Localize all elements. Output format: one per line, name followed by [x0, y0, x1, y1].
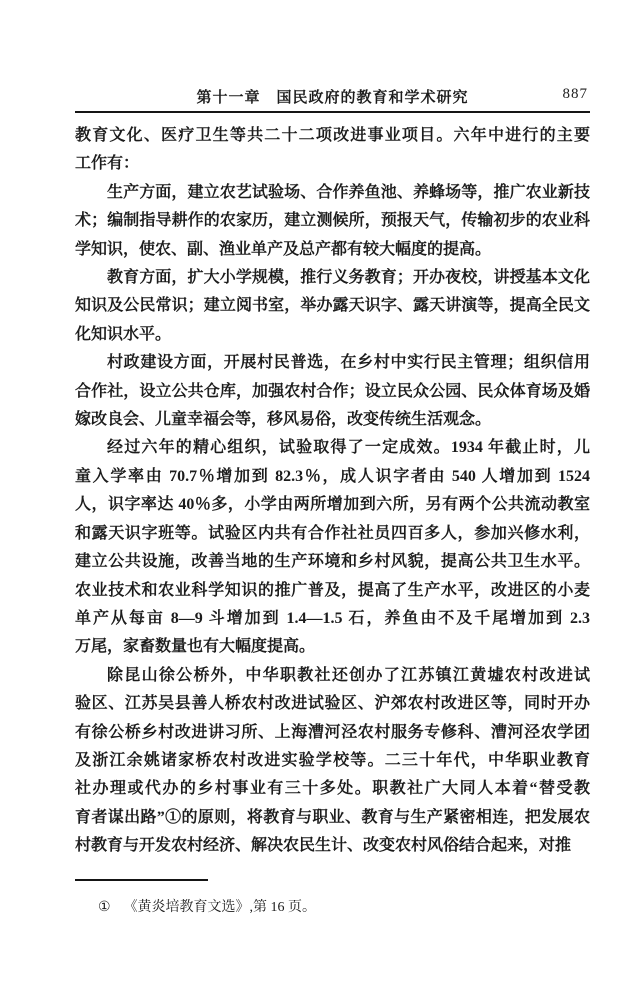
chapter-title: 第十一章 国民政府的教育和学术研究 — [75, 86, 590, 107]
body-text: 教育文化、医疗卫生等共二十二项改进事业项目。六年中进行的主要工作有：生产方面，建… — [75, 122, 590, 861]
text-line: 化知识水平。 — [75, 321, 590, 349]
text-line: 嫁改良会、儿童幸福会等，移风易俗，改变传统生活观念。 — [75, 406, 590, 434]
text-line: 学知识，使农、副、渔业单产及总产都有较大幅度的提高。 — [75, 236, 590, 264]
paragraph: 教育方面，扩大小学规模，推行义务教育；开办夜校，讲授基本文化知识及公民常识；建立… — [75, 264, 590, 349]
paragraph: 村政建设方面，开展村民普选，在乡村中实行民主管理；组织信用合作社，设立公共仓库，… — [75, 349, 590, 434]
footnote-text: 《黄炎培教育文选》,第 16 页。 — [124, 900, 317, 915]
paragraph: 除昆山徐公桥外，中华职教社还创办了江苏镇江黄墟农村改进试验区、江苏吴县善人桥农村… — [75, 662, 590, 861]
text-line: 人，识字率达 40％多，小学由两所增加到六所，另有两个公共流动教室 — [75, 491, 590, 519]
page-header: 第十一章 国民政府的教育和学术研究 887 — [75, 86, 590, 106]
text-line: 生产方面，建立农艺试验场、合作养鱼池、养蜂场等，推广农业新技 — [75, 179, 590, 207]
book-page: 第十一章 国民政府的教育和学术研究 887 教育文化、医疗卫生等共二十二项改进事… — [0, 0, 644, 1000]
text-line: 经过六年的精心组织，试验取得了一定成效。1934 年截止时，儿 — [75, 434, 590, 462]
text-line: 知识及公民常识；建立阅书室，举办露天识字、露天讲演等，提高全民文 — [75, 292, 590, 320]
header-rule — [75, 111, 590, 113]
text-line: 万尾，家畜数量也有大幅度提高。 — [75, 633, 590, 661]
text-line: 和露天识字班等。试验区内共有合作社社员四百多人，参加兴修水利， — [75, 520, 590, 548]
text-line: 除昆山徐公桥外，中华职教社还创办了江苏镇江黄墟农村改进试 — [75, 662, 590, 690]
text-line: 建立公共设施，改善当地的生产环境和乡村风貌，提高公共卫生水平。 — [75, 548, 590, 576]
footnote: ①《黄炎培教育文选》,第 16 页。 — [98, 896, 558, 916]
footnote-marker: ① — [98, 900, 111, 915]
page-number: 887 — [563, 86, 589, 103]
text-line: 社办理或代办的乡村事业有三十多处。职教社广大同人本着“替受教 — [75, 775, 590, 803]
text-line: 教育方面，扩大小学规模，推行义务教育；开办夜校，讲授基本文化 — [75, 264, 590, 292]
text-line: 童入学率由 70.7％增加到 82.3％，成人识字者由 540 人增加到 152… — [75, 463, 590, 491]
text-line: 村政建设方面，开展村民普选，在乡村中实行民主管理；组织信用 — [75, 349, 590, 377]
paragraph: 生产方面，建立农艺试验场、合作养鱼池、养蜂场等，推广农业新技术；编制指导耕作的农… — [75, 179, 590, 264]
text-line: 教育文化、医疗卫生等共二十二项改进事业项目。六年中进行的主要 — [75, 122, 590, 150]
text-line: 及浙江余姚诸家桥农村改进实验学校等。二三十年代，中华职业教育 — [75, 747, 590, 775]
text-line: 村教育与开发农村经济、解决农民生计、改变农村风俗结合起来，对推 — [75, 832, 590, 860]
paragraph: 经过六年的精心组织，试验取得了一定成效。1934 年截止时，儿童入学率由 70.… — [75, 434, 590, 661]
footnote-rule — [75, 879, 208, 881]
text-line: 育者谋出路”①的原则，将教育与职业、教育与生产紧密相连，把发展农 — [75, 804, 590, 832]
text-line: 验区、江苏吴县善人桥农村改进试验区、沪郊农村改进区等，同时开办 — [75, 690, 590, 718]
text-line: 工作有： — [75, 150, 590, 178]
text-line: 术；编制指导耕作的农家历，建立测候所，预报天气，传输初步的农业科 — [75, 207, 590, 235]
text-line: 单产从每亩 8—9 斗增加到 1.4—1.5 石，养鱼由不及千尾增加到 2.3 — [75, 605, 590, 633]
text-line: 合作社，设立公共仓库，加强农村合作；设立民众公园、民众体育场及婚 — [75, 378, 590, 406]
text-line: 农业技术和农业科学知识的推广普及，提高了生产水平，改进区的小麦 — [75, 577, 590, 605]
paragraph: 教育文化、医疗卫生等共二十二项改进事业项目。六年中进行的主要工作有： — [75, 122, 590, 179]
text-line: 有徐公桥乡村改进讲习所、上海漕河泾农村服务专修科、漕河泾农学团 — [75, 719, 590, 747]
